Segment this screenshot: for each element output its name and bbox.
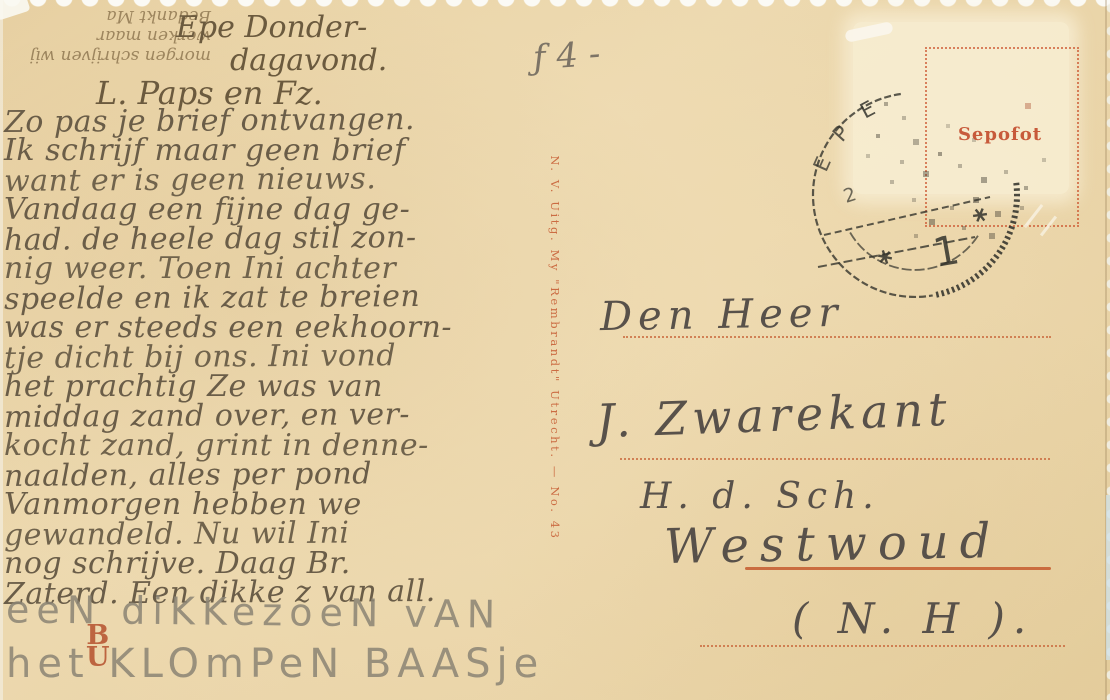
- postcard-back: morgen schrijven wij werken maar Bedankt…: [0, 0, 1110, 700]
- address-occupation: H. d. Sch.: [640, 476, 880, 517]
- address-town: Westwoud: [664, 513, 1002, 575]
- message-line: middag zand over, en ver-: [4, 399, 560, 432]
- child-pencil-line: eeN diKKezoeN vAN: [6, 587, 503, 636]
- left-edge-sliver: [0, 0, 3, 700]
- message-line: Vanmorgen hebben we: [4, 490, 560, 520]
- message-line: kocht zand, grint in denne-: [4, 431, 560, 461]
- message-line: tje dicht bij ons. Ini vond: [4, 340, 560, 373]
- scanner-artifact-sliver: [1106, 495, 1110, 660]
- postmark-star: [877, 250, 893, 265]
- address-dotted-line: [623, 336, 1051, 338]
- message-line: gewandeld. Nu wil Ini: [4, 517, 560, 550]
- message-line: had. de heele dag stil zon-: [4, 222, 560, 255]
- message-line: speelde en ik zat te breien: [4, 281, 560, 314]
- address-honorific: Den Heer: [600, 290, 844, 340]
- address-name: J. Zwarekant: [595, 382, 952, 448]
- message-line: want er is geen nieuws.: [4, 163, 560, 196]
- address-solid-line: [745, 567, 1051, 570]
- monogram-bottom-letter: U: [86, 647, 110, 669]
- message-line: Zo pas je brief ontvangen.: [4, 104, 560, 137]
- epe-postmark: E P E 2 1: [790, 85, 1040, 315]
- dealer-price-mark: ƒ 4 -: [532, 34, 602, 79]
- dateline-place: Epe Donder-: [176, 10, 367, 45]
- address-dotted-line: [620, 458, 1050, 460]
- address-province: ( N. H ).: [792, 594, 1034, 643]
- message-line: Ik schrijf maar geen brief: [4, 136, 560, 166]
- message-line: nig weer. Toen Ini achter: [4, 254, 560, 284]
- postmark-town-letter: P: [828, 121, 854, 146]
- address-dotted-line: [700, 645, 1065, 647]
- message-line: het prachtig Ze was van: [4, 372, 560, 402]
- message-line: naalden, alles per pond: [4, 458, 560, 491]
- message-line: nog schrijve. Daag Br.: [4, 549, 560, 579]
- dateline-time: dagavond.: [230, 43, 387, 78]
- postmark-number: 1: [930, 227, 963, 277]
- postmark-index-digit: 2: [841, 183, 859, 208]
- message-line: was er steeds een eekhoorn-: [4, 313, 560, 343]
- publisher-imprint: N. V. Uitg. My "Rembrandt" Utrecht. — No…: [548, 128, 562, 568]
- message-line: Vandaag een fijne dag ge-: [4, 195, 560, 225]
- postmark-star: [972, 208, 988, 222]
- postscript-line: morgen schrijven wij: [0, 46, 211, 66]
- handwritten-message: Zo pas je brief ontvangen. Ik schrijf ma…: [4, 106, 560, 608]
- red-monogram-stamp: B U: [86, 625, 110, 669]
- postmark-town-letter: E: [809, 153, 836, 175]
